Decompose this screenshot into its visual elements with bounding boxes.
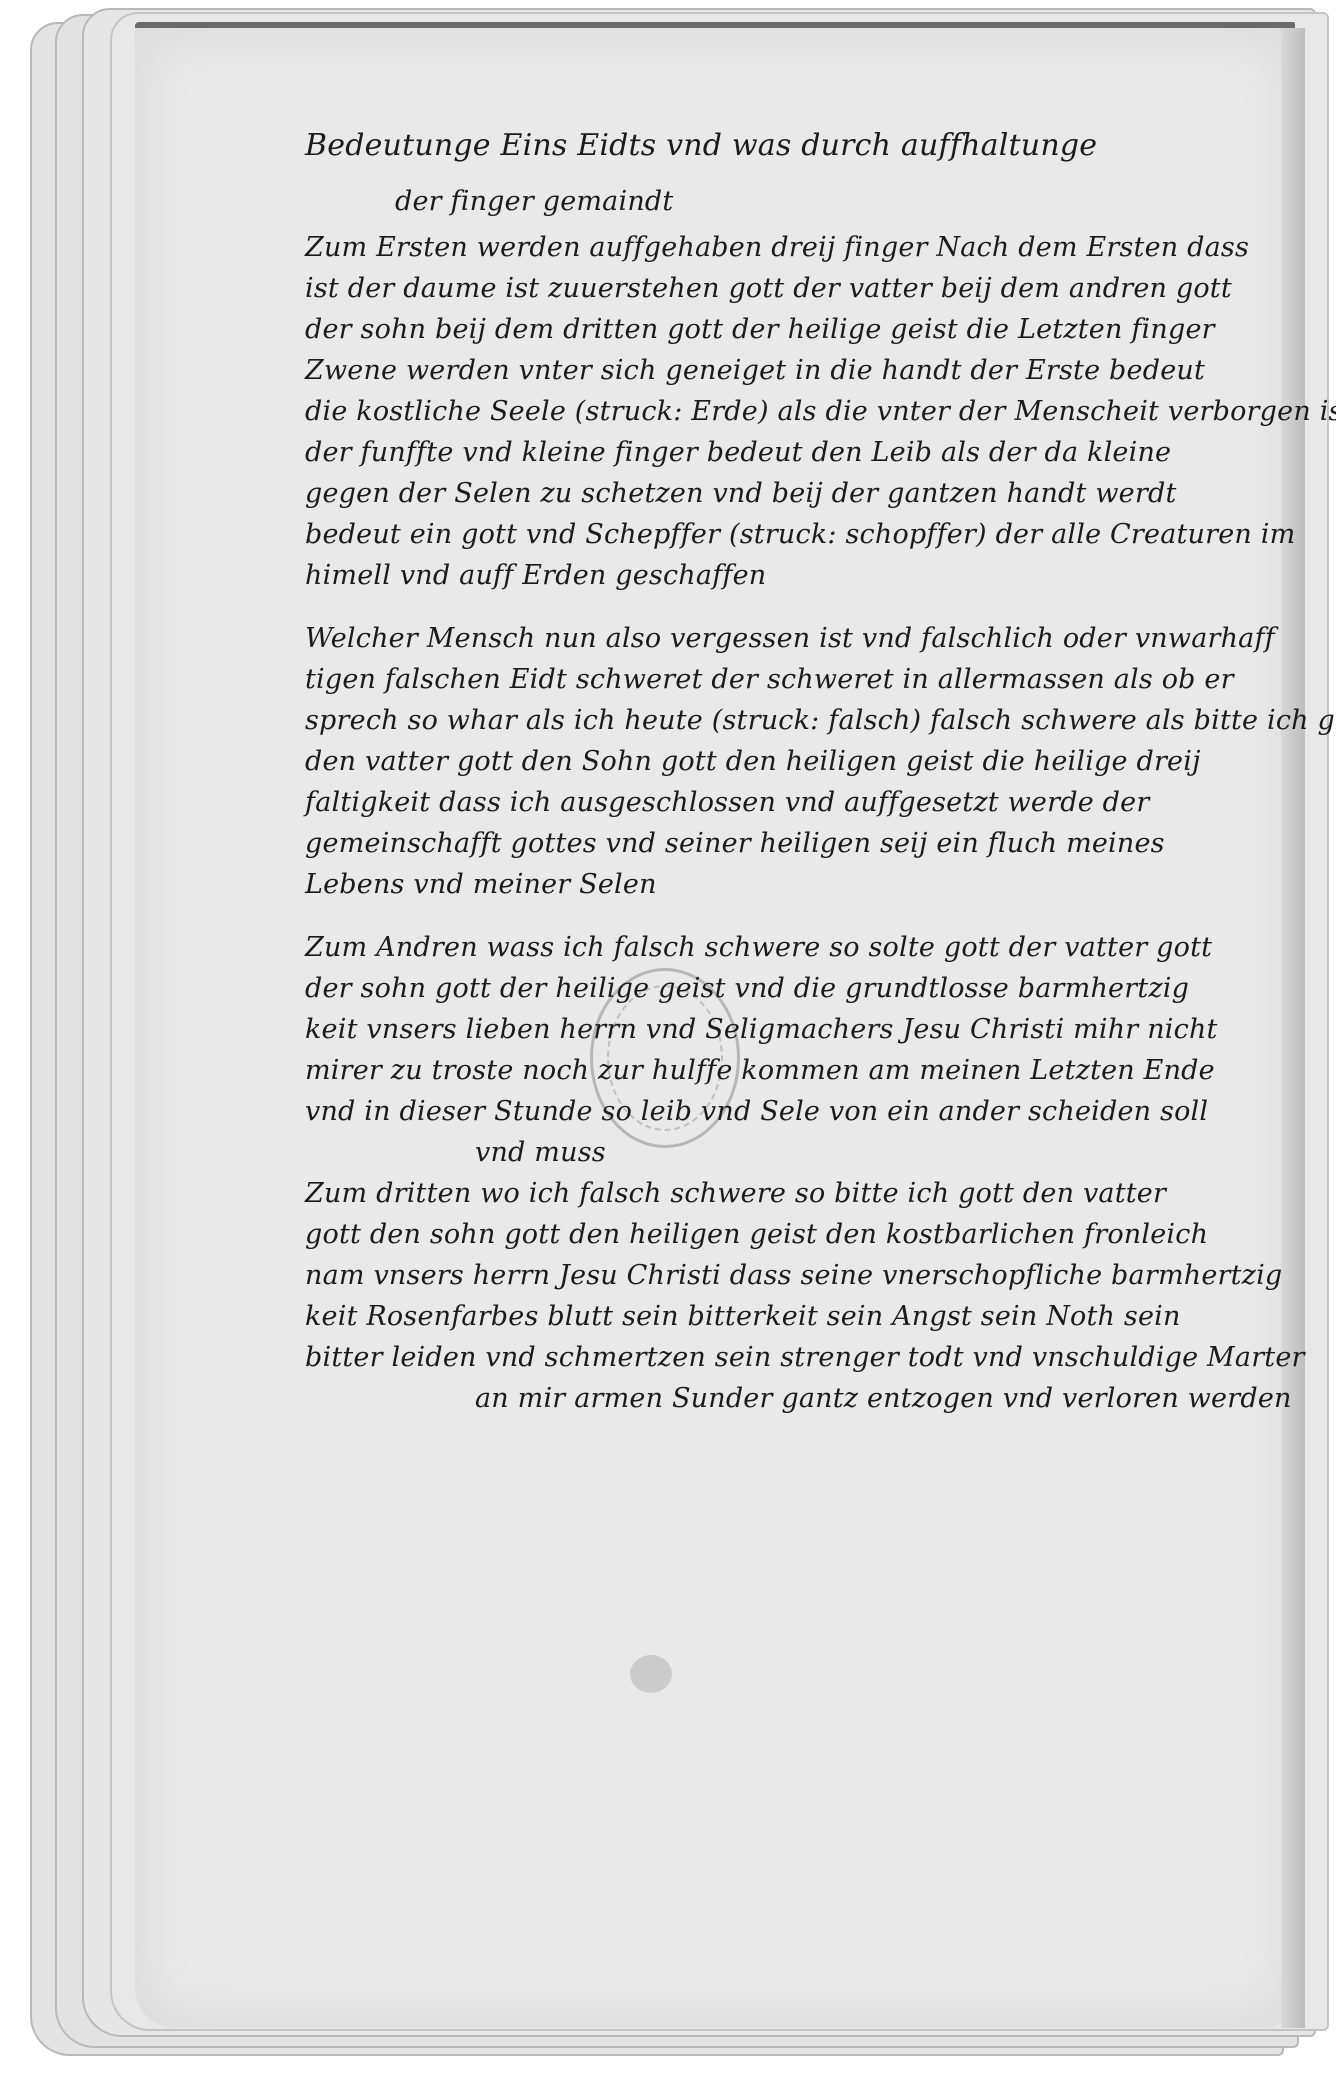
text-line: sprech so whar als ich heute (struck: fa… [305,700,1295,741]
text-line: mirer zu troste noch zur hulffe kommen a… [305,1050,1295,1091]
text-line: vnd muss [305,1132,1295,1173]
text-line: faltigkeit dass ich ausgeschlossen vnd a… [305,782,1295,823]
text-line: Lebens vnd meiner Selen [305,864,1295,905]
document-title: Bedeutunge Eins Eidts vnd was durch auff… [305,115,1295,177]
text-line: keit Rosenfarbes blutt sein bitterkeit s… [305,1296,1295,1337]
paragraph-3: Zum Andren wass ich falsch schwere so so… [305,927,1295,1173]
text-line: gott den sohn gott den heiligen geist de… [305,1214,1295,1255]
manuscript-text: Bedeutunge Eins Eidts vnd was durch auff… [305,115,1295,1419]
text-line: himell vnd auff Erden geschaffen [305,555,1295,596]
text-line: bedeut ein gott vnd Schepffer (struck: s… [305,514,1295,555]
text-line: an mir armen Sunder gantz entzogen vnd v… [305,1378,1295,1419]
text-line: nam vnsers herrn Jesu Christi dass seine… [305,1255,1295,1296]
paragraph-1: Zum Ersten werden auffgehaben dreij fing… [305,227,1295,596]
text-line: den vatter gott den Sohn gott den heilig… [305,741,1295,782]
text-line: der sohn beij dem dritten gott der heili… [305,309,1295,350]
text-line: keit vnsers lieben herrn vnd Seligmacher… [305,1009,1295,1050]
text-line: Zum dritten wo ich falsch schwere so bit… [305,1173,1295,1214]
text-line: die kostliche Seele (struck: Erde) als d… [305,391,1295,432]
text-line: bitter leiden vnd schmertzen sein streng… [305,1337,1295,1378]
ink-stain [630,1655,672,1693]
manuscript-scan: Bedeutunge Eins Eidts vnd was durch auff… [0,0,1336,2086]
text-line: ist der daume ist zuuerstehen gott der v… [305,268,1295,309]
text-line: Welcher Mensch nun also vergessen ist vn… [305,618,1295,659]
text-line: gemeinschafft gottes vnd seiner heiligen… [305,823,1295,864]
paragraph-4: Zum dritten wo ich falsch schwere so bit… [305,1173,1295,1419]
document-subtitle: der finger gemaindt [305,177,1295,227]
text-line: tigen falschen Eidt schweret der schwere… [305,659,1295,700]
text-line: vnd in dieser Stunde so leib vnd Sele vo… [305,1091,1295,1132]
text-line: Zwene werden vnter sich geneiget in die … [305,350,1295,391]
text-line: gegen der Selen zu schetzen vnd beij der… [305,473,1295,514]
text-line: der sohn gott der heilige geist vnd die … [305,968,1295,1009]
text-line: Zum Ersten werden auffgehaben dreij fing… [305,227,1295,268]
text-line: Zum Andren wass ich falsch schwere so so… [305,927,1295,968]
text-line: der funffte vnd kleine finger bedeut den… [305,432,1295,473]
paragraph-2: Welcher Mensch nun also vergessen ist vn… [305,618,1295,905]
